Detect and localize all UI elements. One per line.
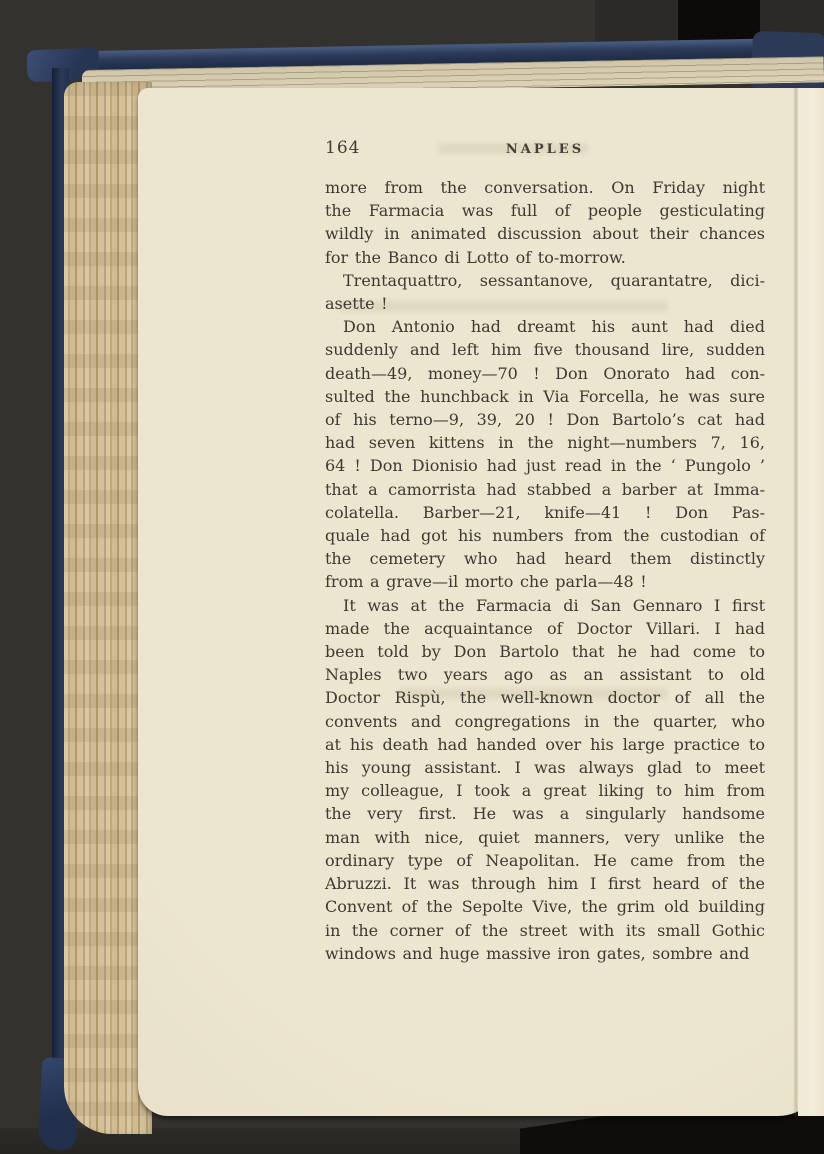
text-line: Naples two years ago as an assistant to …: [325, 663, 765, 686]
text-line: man with nice, quiet manners, very unlik…: [325, 826, 765, 849]
text-line: his young assistant. I was always glad t…: [325, 756, 765, 779]
text-line: Don Antonio had dreamt his aunt had died: [325, 315, 765, 338]
text-line: suddenly and left him five thousand lire…: [325, 338, 765, 361]
text-line: Doctor Rispù, the well-known doctor of a…: [325, 686, 765, 709]
running-head: NAPLES: [325, 142, 765, 157]
text-line: from a grave—il morto che parla—48 !: [325, 570, 765, 593]
text-line: more from the conversation. On Friday ni…: [325, 176, 765, 199]
text-line: windows and huge massive iron gates, som…: [325, 942, 765, 965]
page-gutter-strip: [798, 88, 824, 1116]
text-line: for the Banco di Lotto of to-morrow.: [325, 246, 765, 269]
text-line: death—49, money—70 ! Don Onorato had con…: [325, 362, 765, 385]
paragraph: more from the conversation. On Friday ni…: [325, 176, 765, 269]
page-gutter-crease: [793, 88, 798, 1116]
text-line: the Farmacia was full of people gesticul…: [325, 199, 765, 222]
text-line: the cemetery who had heard them distinct…: [325, 547, 765, 570]
text-line: Trentaquattro, sessantanove, quarantatre…: [325, 269, 765, 292]
paragraph: Don Antonio had dreamt his aunt had died…: [325, 315, 765, 593]
text-line: been told by Don Bartolo that he had com…: [325, 640, 765, 663]
text-line: sulted the hunchback in Via Forcella, he…: [325, 385, 765, 408]
text-line: wildly in animated discussion about thei…: [325, 222, 765, 245]
text-line: that a camorrista had stabbed a barber a…: [325, 478, 765, 501]
text-line: Abruzzi. It was through him I first hear…: [325, 872, 765, 895]
text-line: 64 ! Don Dionisio had just read in the ‘…: [325, 454, 765, 477]
body-text: more from the conversation. On Friday ni…: [325, 176, 765, 965]
text-line: of his terno—9, 39, 20 ! Don Bartolo’s c…: [325, 408, 765, 431]
text-line: quale had got his numbers from the custo…: [325, 524, 765, 547]
text-line: my colleague, I took a great liking to h…: [325, 779, 765, 802]
text-line: Convent of the Sepolte Vive, the grim ol…: [325, 895, 765, 918]
text-line: convents and congregations in the quarte…: [325, 710, 765, 733]
paragraph: It was at the Farmacia di San Gennaro I …: [325, 594, 765, 965]
paragraph: Trentaquattro, sessantanove, quarantatre…: [325, 269, 765, 315]
text-line: It was at the Farmacia di San Gennaro I …: [325, 594, 765, 617]
text-line: made the acquaintance of Doctor Villari.…: [325, 617, 765, 640]
text-line: the very first. He was a singularly hand…: [325, 802, 765, 825]
text-line: had seven kittens in the night—numbers 7…: [325, 431, 765, 454]
text-line: asette !: [325, 292, 765, 315]
backdrop-dark-notch: [678, 0, 760, 40]
text-line: in the corner of the street with its sma…: [325, 919, 765, 942]
text-line: ordinary type of Neapolitan. He came fro…: [325, 849, 765, 872]
text-line: colatella. Barber—21, knife—41 ! Don Pas…: [325, 501, 765, 524]
text-line: at his death had handed over his large p…: [325, 733, 765, 756]
